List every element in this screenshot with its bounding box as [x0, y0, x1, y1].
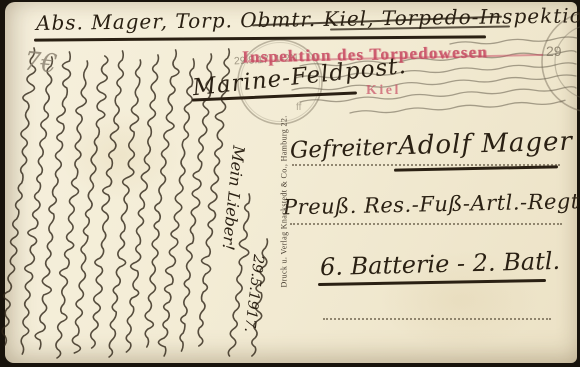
- censor-stamp-line2: Kiel: [366, 83, 401, 99]
- pencil-price-note: 7€: [23, 46, 59, 79]
- address-dotted-line-3: [323, 318, 551, 320]
- postmark-letters: ff: [296, 102, 302, 113]
- corner-postmark-number: 29: [546, 43, 562, 59]
- address-dotted-line-2: [290, 223, 562, 225]
- publisher-imprint: Druck u. Verlag Knackstedt & Co., Hambur…: [279, 97, 290, 307]
- address-name: Adolf Mager: [398, 127, 574, 162]
- address-rank: Gefreiter: [290, 134, 397, 164]
- postcard-photo: 29.5.17. 1-2N ff 29 Abs. Mager, Torp. Ob…: [0, 0, 580, 367]
- publisher-imprint-text: Druck u. Verlag Knackstedt & Co., Hambur…: [280, 115, 289, 287]
